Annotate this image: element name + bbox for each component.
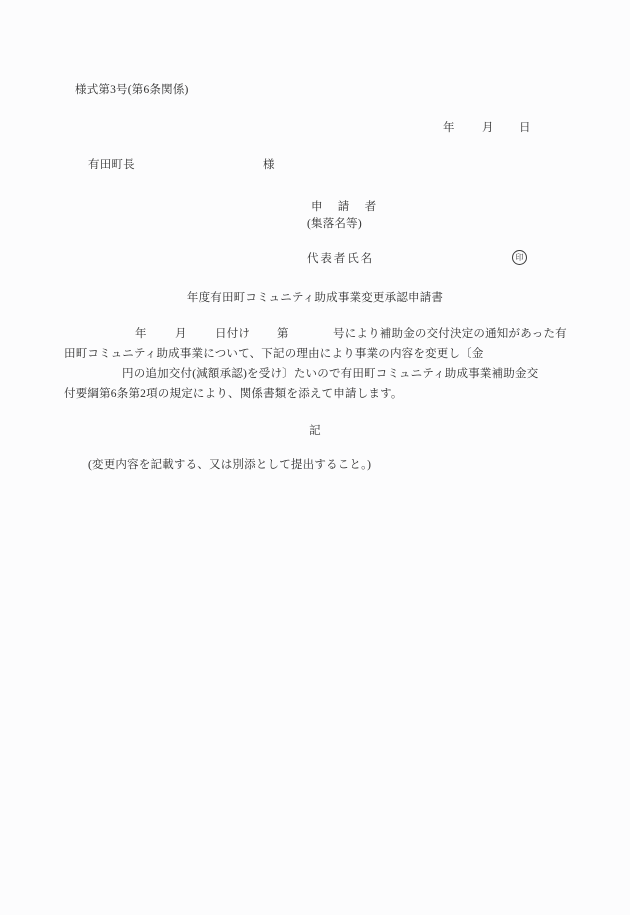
note-line: (変更内容を記載する、又は別添として提出すること。) (88, 459, 371, 472)
record-heading: 記 (0, 425, 630, 438)
body-line-3: 円の追加交付(減額承認)を受け〕たいので有田町コミュニティ助成事業補助金交 (122, 368, 538, 381)
seal-stamp-icon: 印 (512, 250, 527, 265)
applicant-label: 申 請 者 (311, 201, 378, 214)
body-year-blank-label: 年 (135, 328, 147, 341)
form-number: 様式第3号(第6条関係) (75, 84, 189, 97)
body-month-blank-label: 月 (175, 328, 187, 341)
applicant-group-label: (集落名等) (307, 218, 362, 231)
body-line-1-text: 号により補助金の交付決定の通知があった有 (333, 328, 567, 341)
body-number-prefix-label: 第 (277, 328, 289, 341)
body-line-4: 付要綱第6条第2項の規定により、関係書類を添えて申請します。 (64, 388, 403, 401)
document-title: 年度有田町コミュニティ助成事業変更承認申請書 (0, 292, 630, 305)
body-day-blank-label: 日付け (215, 328, 250, 341)
body-line-2: 田町コミュニティ助成事業について、下記の理由により事業の内容を変更し〔金 (64, 348, 484, 361)
date-day-label: 日 (519, 122, 531, 135)
representative-name-label: 代表者氏名 (307, 253, 374, 266)
date-year-label: 年 (443, 122, 455, 135)
date-month-label: 月 (482, 122, 494, 135)
document-page: 様式第3号(第6条関係) 年 月 日 有田町長 様 申 請 者 (集落名等) 代… (0, 0, 630, 915)
addressee-name: 有田町長 (88, 159, 135, 172)
addressee-honorific: 様 (263, 159, 275, 172)
